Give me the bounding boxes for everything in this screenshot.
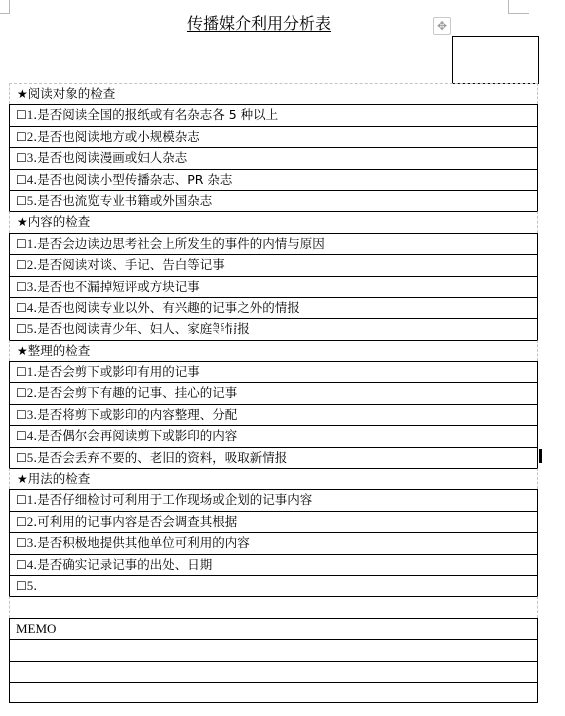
spacer-row bbox=[9, 596, 538, 617]
checkbox-icon[interactable]: ☐ bbox=[16, 301, 27, 315]
item-text: .是否将剪下或影印的内容整理、分配 bbox=[33, 407, 237, 422]
table-move-handle[interactable]: ✥ bbox=[433, 17, 451, 35]
checkbox-icon[interactable]: ☐ bbox=[16, 408, 27, 422]
item-text: .是否也流览专业书籍或外国杂志 bbox=[33, 193, 212, 208]
checklist-item[interactable]: ☐4.是否偶尔会再阅读剪下或影印的内容 bbox=[9, 425, 538, 446]
checklist-item[interactable]: ☐1.是否仔细检讨可利用于工作现场或企划的记事内容 bbox=[9, 489, 538, 510]
checklist-item[interactable]: ☐1.是否会剪下或影印有用的记事 bbox=[9, 361, 538, 382]
checklist-item[interactable]: ☐4.是否确实记录记事的出处、日期 bbox=[9, 554, 538, 575]
checkbox-icon[interactable]: ☐ bbox=[16, 558, 27, 572]
item-text: .是否也阅读青少年、妇人、家庭 bbox=[33, 321, 212, 336]
star-icon: ★ bbox=[17, 472, 28, 486]
checklist-item[interactable]: ☐2.可利用的记事内容是否会调查其根据 bbox=[9, 511, 538, 532]
section-header-organizing: ★整理的检查 bbox=[9, 340, 538, 361]
section-title: 内容的检查 bbox=[28, 214, 91, 229]
checklist-item[interactable]: ☐2.是否阅读对谈、手记、告白等记事 bbox=[9, 254, 538, 275]
section-header-usage: ★用法的检查 bbox=[9, 468, 538, 489]
checkbox-icon[interactable]: ☐ bbox=[16, 386, 27, 400]
checkbox-icon[interactable]: ☐ bbox=[16, 515, 27, 529]
item-text: .是否也阅读小型传播杂志、PR 杂志 bbox=[33, 172, 232, 187]
item-text: .是否也阅读专业以外、有兴趣的记事之外的情报 bbox=[33, 300, 299, 315]
memo-line[interactable] bbox=[9, 661, 538, 682]
item-text: .是否阅读对谈、手记、告白等记事 bbox=[33, 257, 224, 272]
item-text-tail: 等情报 bbox=[212, 319, 250, 339]
item-text: .可利用的记事内容是否会调查其根据 bbox=[33, 514, 237, 529]
checklist-item[interactable]: ☐5.是否会丢弃不要的、老旧的资料，吸取新情报 bbox=[9, 447, 538, 468]
section-title: 用法的检查 bbox=[28, 471, 91, 486]
checklist-item[interactable]: ☐1.是否阅读全国的报纸或有名杂志各 5 种以上 bbox=[9, 104, 538, 125]
text-cursor bbox=[539, 449, 542, 463]
checklist-item[interactable]: ☐2.是否也阅读地方或小规模杂志 bbox=[9, 126, 538, 147]
item-text: .是否积极地提供其他单位可利用的内容 bbox=[33, 535, 249, 550]
memo-line[interactable] bbox=[9, 682, 538, 703]
checklist-item[interactable]: ☐1.是否会边读边思考社会上所发生的事件的内情与原因 bbox=[9, 233, 538, 254]
checkbox-icon[interactable]: ☐ bbox=[16, 258, 27, 272]
checkbox-icon[interactable]: ☐ bbox=[16, 365, 27, 379]
memo-line[interactable] bbox=[9, 639, 538, 660]
checkbox-icon[interactable]: ☐ bbox=[16, 493, 27, 507]
item-text: .是否会丢弃不要的、老旧的资料，吸取新情报 bbox=[33, 450, 287, 465]
item-text: .是否确实记录记事的出处、日期 bbox=[33, 557, 212, 572]
checklist-item[interactable]: ☐3.是否积极地提供其他单位可利用的内容 bbox=[9, 532, 538, 553]
checkbox-icon[interactable]: ☐ bbox=[16, 173, 27, 187]
item-text: . bbox=[33, 578, 37, 593]
checkbox-icon[interactable]: ☐ bbox=[16, 536, 27, 550]
section-header-content: ★内容的检查 bbox=[9, 211, 538, 232]
checklist-item[interactable]: ☐2.是否会剪下有趣的记事、挂心的记事 bbox=[9, 382, 538, 403]
move-arrows-icon: ✥ bbox=[437, 20, 447, 32]
checklist-item[interactable]: ☐5.是否也阅读青少年、妇人、家庭等情报 bbox=[9, 318, 538, 339]
checkbox-icon[interactable]: ☐ bbox=[16, 429, 27, 443]
star-icon: ★ bbox=[17, 215, 28, 229]
checkbox-icon[interactable]: ☐ bbox=[16, 451, 27, 465]
memo-header-row[interactable]: MEMO bbox=[9, 618, 538, 639]
item-text: .是否会剪下或影印有用的记事 bbox=[33, 364, 199, 379]
checkbox-icon[interactable]: ☐ bbox=[16, 280, 27, 294]
checkbox-icon[interactable]: ☐ bbox=[16, 237, 27, 251]
item-text: .是否会剪下有趣的记事、挂心的记事 bbox=[33, 385, 237, 400]
checklist-table: ★阅读对象的检查 ☐1.是否阅读全国的报纸或有名杂志各 5 种以上 ☐2.是否也… bbox=[9, 83, 538, 703]
checkbox-icon[interactable]: ☐ bbox=[16, 579, 27, 593]
checklist-item[interactable]: ☐4.是否也阅读专业以外、有兴趣的记事之外的情报 bbox=[9, 297, 538, 318]
item-text: .是否仔细检讨可利用于工作现场或企划的记事内容 bbox=[33, 492, 312, 507]
checkbox-icon[interactable]: ☐ bbox=[16, 151, 27, 165]
photo-box[interactable] bbox=[452, 36, 539, 84]
item-text: .是否偶尔会再阅读剪下或影印的内容 bbox=[33, 428, 237, 443]
section-title: 阅读对象的检查 bbox=[28, 86, 116, 101]
item-text: .是否阅读全国的报纸或有名杂志各 5 种以上 bbox=[33, 107, 278, 122]
checkbox-icon[interactable]: ☐ bbox=[16, 108, 27, 122]
checklist-item[interactable]: ☐5. bbox=[9, 575, 538, 596]
checklist-item[interactable]: ☐3.是否将剪下或影印的内容整理、分配 bbox=[9, 404, 538, 425]
item-text: .是否也阅读地方或小规模杂志 bbox=[33, 129, 199, 144]
page-corner-mark-right bbox=[508, 0, 529, 14]
section-header-reading-targets: ★阅读对象的检查 bbox=[9, 83, 538, 104]
item-text: .是否会边读边思考社会上所发生的事件的内情与原因 bbox=[33, 236, 324, 251]
checkbox-icon[interactable]: ☐ bbox=[16, 130, 27, 144]
star-icon: ★ bbox=[17, 87, 28, 101]
checkbox-icon[interactable]: ☐ bbox=[16, 194, 27, 208]
checklist-item[interactable]: ☐3.是否也不漏掉短评或方块记事 bbox=[9, 276, 538, 297]
star-icon: ★ bbox=[17, 344, 28, 358]
page-corner-mark-left bbox=[0, 0, 10, 14]
memo-label: MEMO bbox=[16, 621, 56, 636]
checklist-item[interactable]: ☐3.是否也阅读漫画或妇人杂志 bbox=[9, 147, 538, 168]
checklist-item[interactable]: ☐5.是否也流览专业书籍或外国杂志 bbox=[9, 190, 538, 211]
checkbox-icon[interactable]: ☐ bbox=[16, 322, 27, 336]
checklist-item[interactable]: ☐4.是否也阅读小型传播杂志、PR 杂志 bbox=[9, 169, 538, 190]
item-text: .是否也阅读漫画或妇人杂志 bbox=[33, 150, 187, 165]
section-title: 整理的检查 bbox=[28, 343, 91, 358]
item-text: .是否也不漏掉短评或方块记事 bbox=[33, 279, 199, 294]
